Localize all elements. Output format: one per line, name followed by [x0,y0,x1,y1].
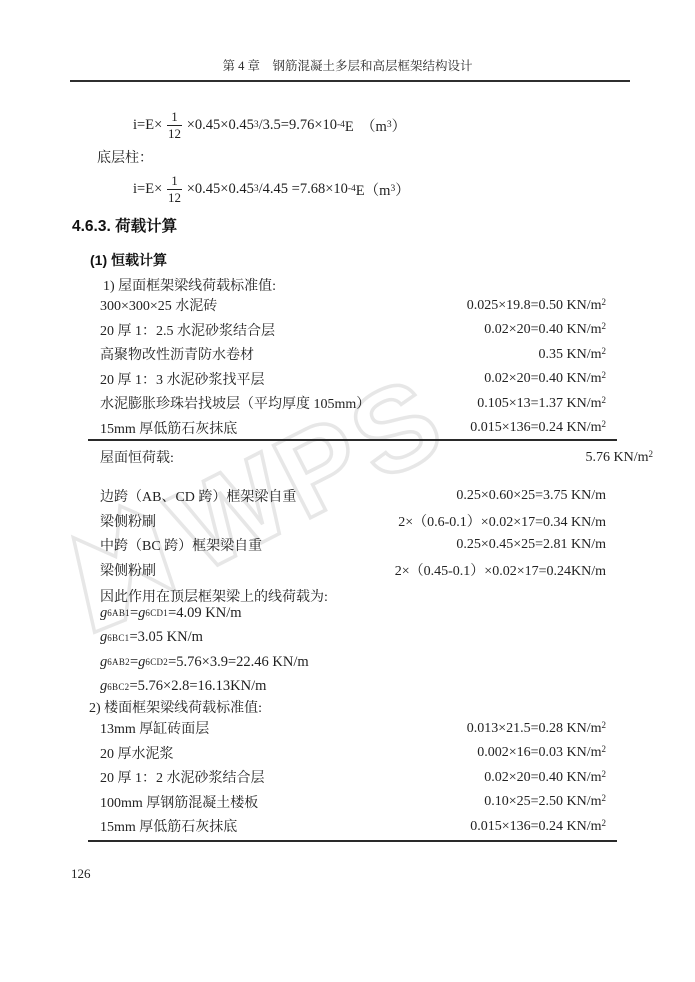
table-row: 13mm 厚缸砖面层0.013×21.5=0.28 KN/m2 [100,716,606,741]
document-page: { "header": { "title": "第 4 章 钢筋混凝土多层和高层… [0,0,695,982]
row-value: 0.025×19.8=0.50 KN/m2 [467,297,606,314]
row-value: 0.35 KN/m2 [539,346,607,363]
g-formula: g6AB2=g6CD2=5.76×3.9=22.46 KN/m [100,650,309,675]
roof-total-row: 屋面恒荷载: 5.76 KN/m2 [100,445,653,470]
separator-line [88,439,617,441]
row-label: 20 厚 1：2 水泥砂浆结合层 [100,767,265,787]
g-formula: g6BC1=3.05 KN/m [100,626,309,651]
separator-line [88,840,617,842]
row-value: 0.02×20=0.40 KN/m2 [484,321,606,338]
row-label: 梁侧粉刷 [100,560,156,580]
row-value: 0.25×0.60×25=3.75 KN/m [456,488,606,504]
table-row: 水泥膨胀珍珠岩找坡层（平均厚度 105mm）0.105×13=1.37 KN/m… [100,391,606,416]
fraction: 112 [167,173,182,205]
line-load-formulas: g6AB1=g6CD1=4.09 KN/m g6BC1=3.05 KN/m g6… [100,601,309,699]
table-row: 高聚物改性沥青防水卷材0.35 KN/m2 [100,342,606,367]
floor-load-table: 13mm 厚缸砖面层0.013×21.5=0.28 KN/m2 20 厚水泥浆0… [100,716,606,839]
row-label: 15mm 厚低筋石灰抹底 [100,418,237,438]
row-label: 20 厚 1：3 水泥砂浆找平层 [100,369,265,389]
running-header: 第 4 章 钢筋混凝土多层和高层框架结构设计 [0,56,695,74]
row-label: 15mm 厚低筋石灰抹底 [100,816,237,836]
row-value: 0.25×0.45×25=2.81 KN/m [456,537,606,553]
list2-heading: 2) 楼面框架梁线荷载标准值: [89,697,262,717]
formula-text: i=E× [133,117,162,134]
row-label: 高聚物改性沥青防水卷材 [100,344,254,364]
g-formula: g6BC2=5.76×2.8=16.13KN/m [100,675,309,700]
row-value: 0.105×13=1.37 KN/m2 [477,395,606,412]
header-rule [70,80,630,82]
row-label: 水泥膨胀珍珠岩找坡层（平均厚度 105mm） [100,393,370,413]
row-label: 屋面恒荷载: [100,447,174,467]
table-row: 20 厚 1：3 水泥砂浆找平层0.02×20=0.40 KN/m2 [100,367,606,392]
table-row: 300×300×25 水泥砖0.025×19.8=0.50 KN/m2 [100,293,606,318]
row-value: 0.02×20=0.40 KN/m2 [484,370,606,387]
row-label: 梁侧粉刷 [100,511,156,531]
table-row: 边跨（AB、CD 跨）框架梁自重0.25×0.60×25=3.75 KN/m [100,484,606,509]
table-row: 中跨（BC 跨）框架梁自重0.25×0.45×25=2.81 KN/m [100,533,606,558]
fraction: 112 [167,109,182,141]
row-label: 100mm 厚钢筋混凝土楼板 [100,792,258,812]
row-label: 边跨（AB、CD 跨）框架梁自重 [100,486,296,506]
beam-load-table: 边跨（AB、CD 跨）框架梁自重0.25×0.60×25=3.75 KN/m 梁… [100,484,606,582]
table-row: 20 厚 1：2.5 水泥砂浆结合层0.02×20=0.40 KN/m2 [100,318,606,343]
row-label: 20 厚 1：2.5 水泥砂浆结合层 [100,320,275,340]
row-value: 0.002×16=0.03 KN/m2 [477,744,606,761]
formula-text: i=E× [133,181,162,198]
row-label: 300×300×25 水泥砖 [100,295,217,315]
table-row: 15mm 厚低筋石灰抹底0.015×136=0.24 KN/m2 [100,416,606,441]
row-value: 2×（0.45-0.1）×0.02×17=0.24KN/m [395,560,606,580]
inertia-formula-bottom: i=E×112×0.45×0.453/4.45 =7.68×10-4E（m3） [133,166,410,212]
row-value: 0.10×25=2.50 KN/m2 [484,793,606,810]
row-value: 0.013×21.5=0.28 KN/m2 [467,720,606,737]
row-label: 13mm 厚缸砖面层 [100,718,209,738]
page-number: 126 [71,866,91,882]
table-row: 15mm 厚低筋石灰抹底0.015×136=0.24 KN/m2 [100,814,606,839]
roof-load-table: 300×300×25 水泥砖0.025×19.8=0.50 KN/m2 20 厚… [100,293,606,440]
bottom-column-label: 底层柱： [97,147,153,167]
row-value: 0.015×136=0.24 KN/m2 [470,419,606,436]
row-value: 0.015×136=0.24 KN/m2 [470,818,606,835]
row-value: 0.02×20=0.40 KN/m2 [484,769,606,786]
inertia-formula-upper: i=E×112×0.45×0.453/3.5=9.76×10-4E （m3） [133,102,406,148]
table-row: 梁侧粉刷2×（0.6-0.1）×0.02×17=0.34 KN/m [100,509,606,534]
table-row: 梁侧粉刷2×（0.45-0.1）×0.02×17=0.24KN/m [100,558,606,583]
section-heading: 4.6.3. 荷载计算 [72,214,177,236]
list1-heading: 1) 屋面框架梁线荷载标准值: [103,275,276,295]
table-row: 100mm 厚钢筋混凝土楼板0.10×25=2.50 KN/m2 [100,790,606,815]
row-value: 2×（0.6-0.1）×0.02×17=0.34 KN/m [398,511,606,531]
g-formula: g6AB1=g6CD1=4.09 KN/m [100,601,309,626]
row-label: 中跨（BC 跨）框架梁自重 [100,535,262,555]
subsection-heading: (1) 恒载计算 [90,250,167,270]
table-row: 20 厚 1：2 水泥砂浆结合层0.02×20=0.40 KN/m2 [100,765,606,790]
table-row: 20 厚水泥浆0.002×16=0.03 KN/m2 [100,741,606,766]
row-label: 20 厚水泥浆 [100,743,174,763]
row-value: 5.76 KN/m2 [586,449,654,466]
